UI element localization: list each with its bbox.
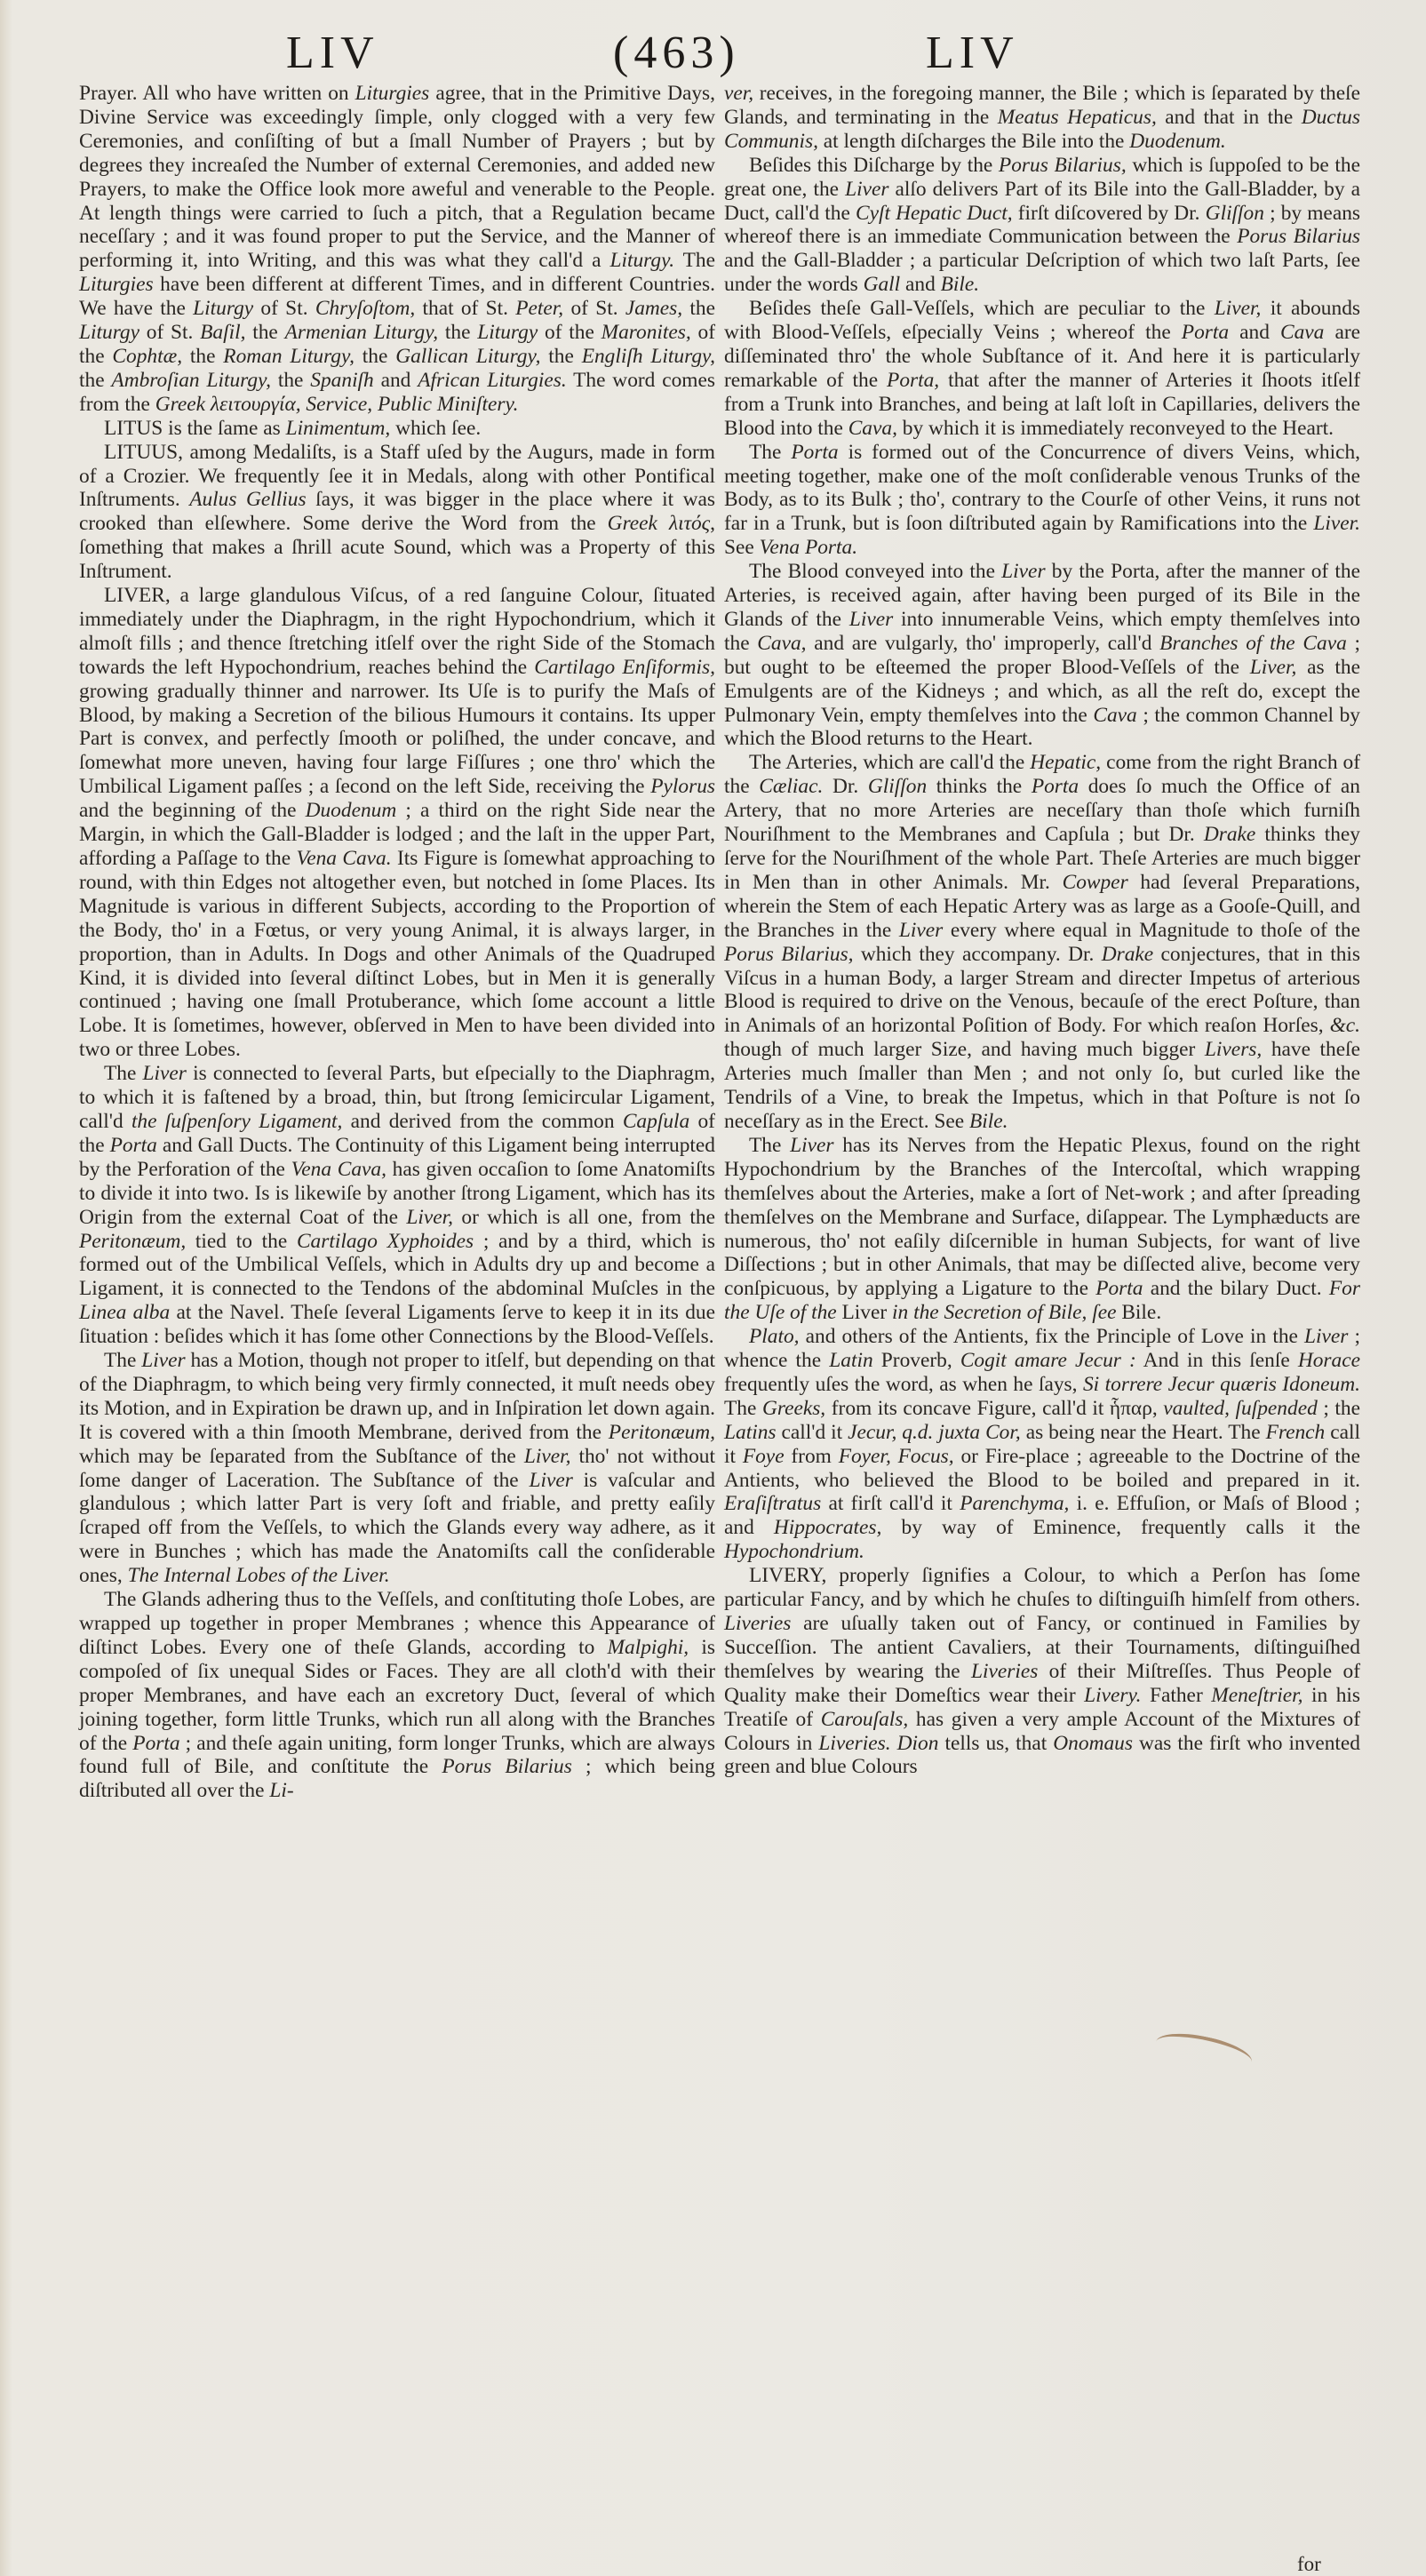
text-run: The Arteries, which are call'd the <box>749 751 1030 774</box>
italic-text: Li- <box>269 1779 293 1802</box>
text-run: Beſides this Diſcharge by the <box>749 154 999 177</box>
text-run: or which is all one, from the <box>453 1206 715 1229</box>
paragraph: Prayer. All who have written on Liturgie… <box>79 82 715 417</box>
italic-text: Ambroſian Liturgy, <box>111 369 271 392</box>
italic-text: Liver <box>899 919 943 942</box>
italic-text: Liver <box>849 608 893 631</box>
italic-text: Bile. <box>941 273 980 296</box>
italic-text: Linea alba <box>79 1301 170 1324</box>
running-header: LIV (463) LIV <box>0 27 1426 80</box>
italic-text: Liturgy <box>477 321 538 344</box>
italic-text: French <box>1266 1421 1326 1444</box>
text-run: growing gradually thinner and narrower. … <box>79 680 715 799</box>
italic-text: Liver <box>141 1349 185 1372</box>
italic-text: Si torrere Jecur quæris Idoneum. <box>1083 1373 1360 1396</box>
italic-text: Liver, <box>524 1445 571 1468</box>
italic-text: Gall <box>864 273 901 296</box>
italic-text: Porta <box>110 1134 157 1157</box>
italic-text: Liver <box>790 1134 833 1157</box>
italic-text: Drake <box>1204 823 1255 846</box>
italic-text: vaulted, ſuſpended <box>1163 1397 1318 1420</box>
text-run: every where equal in Magnitude to thoſe … <box>943 919 1360 942</box>
text-run: The <box>724 1397 762 1420</box>
italic-text: Livers, <box>1205 1038 1262 1061</box>
text-run: at length diſcharges the Bile into the <box>818 130 1129 153</box>
text-run: The <box>674 249 715 272</box>
text-run: Prayer. All who have written on <box>79 82 355 105</box>
paragraph: The Glands adhering thus to the Veſſels,… <box>79 1588 715 1803</box>
paragraph: The Porta is formed out of the Concurren… <box>724 441 1360 561</box>
text-run: by which it is immediately reconveyed to… <box>897 417 1334 440</box>
italic-text: Liturgies <box>79 273 154 296</box>
paragraph: Plato, and others of the Antients, fix t… <box>724 1325 1360 1564</box>
italic-text: Engliſh Liturgy, <box>582 345 715 368</box>
italic-text: Peritonæum, <box>609 1421 715 1444</box>
text-run: and <box>900 273 940 296</box>
italic-text: Duodenum. <box>1129 130 1226 153</box>
italic-text: Liver <box>1304 1325 1348 1348</box>
italic-text: Eraſiſtratus <box>724 1492 821 1515</box>
italic-text: Porta <box>791 441 838 464</box>
text-run: The <box>749 1134 790 1157</box>
text-run: and the beginning of the <box>79 799 306 822</box>
italic-text: Cartilago Enſiformis, <box>534 656 715 679</box>
italic-text: Liveries. <box>818 1732 890 1755</box>
text-run: the <box>540 345 581 368</box>
italic-text: Duodenum <box>306 799 397 822</box>
paragraph: The Blood conveyed into the Liver by the… <box>724 560 1360 751</box>
text-run: of St. <box>253 297 315 320</box>
italic-text: Onomaus <box>1053 1732 1133 1755</box>
text-run: tells us, that <box>938 1732 1053 1755</box>
italic-text: Liturgy <box>193 297 253 320</box>
italic-text: Liver <box>529 1469 572 1492</box>
italic-text: Cava, <box>848 417 897 440</box>
italic-text: Meatus Hepaticus, <box>998 106 1157 129</box>
italic-text: Peter, <box>515 297 563 320</box>
text-run: LIVERY, properly ſignifies a Colour, to … <box>724 1564 1360 1611</box>
italic-text: Porta <box>1182 321 1229 344</box>
text-run: and <box>374 369 418 392</box>
left-column: Prayer. All who have written on Liturgie… <box>79 82 715 1803</box>
italic-text: Porus Bilarius <box>442 1755 571 1778</box>
header-left-word: LIV <box>286 27 379 80</box>
italic-text: Latins <box>724 1421 777 1444</box>
text-run: at the Navel. Theſe ſeveral Ligaments ſe… <box>79 1301 715 1348</box>
text-run: and the bilary Duct. <box>1143 1277 1328 1300</box>
text-run: and the Gall-Bladder ; a particular Deſc… <box>724 249 1360 296</box>
text-run: tied to the <box>186 1230 297 1253</box>
italic-text: Gallican Liturgy, <box>395 345 540 368</box>
italic-text: Liveries <box>971 1660 1038 1683</box>
italic-text: Liturgy <box>79 321 139 344</box>
text-run: and others of the Antients, fix the Prin… <box>800 1325 1304 1348</box>
text-run: that of St. <box>415 297 515 320</box>
italic-text: Liver, <box>1215 297 1262 320</box>
text-run: agree, that in the Primitive Days, Divin… <box>79 82 715 272</box>
italic-text: Porus Bilarius <box>1237 225 1360 248</box>
text-run: And in this ſenſe <box>1136 1349 1298 1372</box>
italic-text: James, <box>625 297 682 320</box>
text-run: though of much larger Size, and having m… <box>724 1038 1205 1061</box>
text-run: from <box>785 1445 839 1468</box>
text-run: Liver <box>837 1301 892 1324</box>
text-run: has its Nerves from the Hepatic Plexus, … <box>724 1134 1360 1300</box>
text-run: the <box>438 321 477 344</box>
header-right-word: LIV <box>926 27 1019 80</box>
italic-text: Pylorus <box>650 775 715 798</box>
italic-text: Jecur, q.d. juxta Cor, <box>848 1421 1021 1444</box>
italic-text: Cogit amare Jecur : <box>960 1349 1136 1372</box>
italic-text: Meneſtrier, <box>1211 1684 1303 1707</box>
text-run: Proverb, <box>873 1349 960 1372</box>
italic-text: Horace <box>1298 1349 1360 1372</box>
paragraph: The Arteries, which are call'd the Hepat… <box>724 751 1360 1134</box>
ink-stain <box>1153 2027 1255 2077</box>
italic-text: Carouſals, <box>821 1708 909 1731</box>
italic-text: Cæliac. <box>759 775 823 798</box>
italic-text: Armenian Liturgy, <box>285 321 439 344</box>
text-run: call'd it <box>777 1421 848 1444</box>
italic-text: Chryſoſtom, <box>315 297 415 320</box>
italic-text: the ſuſpenſory Ligament, <box>131 1110 342 1133</box>
italic-text: Parenchyma, <box>960 1492 1069 1515</box>
italic-text: Liver <box>845 178 888 201</box>
text-run: the <box>271 369 310 392</box>
book-page: LIV (463) LIV Prayer. All who have writt… <box>0 0 1426 2576</box>
italic-text: Cowper <box>1063 871 1128 894</box>
text-run: The <box>104 1062 143 1085</box>
italic-text: Capſula <box>623 1110 689 1133</box>
paragraph: ver, receives, in the foregoing manner, … <box>724 82 1360 154</box>
text-run: Beſides theſe Gall-Veſſels, which are pe… <box>749 297 1215 320</box>
italic-text: ver, <box>724 82 753 105</box>
paragraph: LITUUS, among Medaliſts, is a Staff uſed… <box>79 441 715 584</box>
italic-text: Vena Porta. <box>760 536 857 559</box>
right-column: ver, receives, in the foregoing manner, … <box>724 82 1360 1779</box>
italic-text: in the Secretion of Bile, ſee <box>892 1301 1116 1324</box>
italic-text: Vena Cava, <box>291 1158 386 1181</box>
text-run: which may be ſeparated from the Subſtanc… <box>79 1445 524 1468</box>
italic-text: Porta <box>132 1732 179 1755</box>
italic-text: Cava, <box>757 632 806 655</box>
italic-text: Gliſſon <box>1206 202 1264 225</box>
text-run: the <box>79 369 111 392</box>
italic-text: Hypochondrium. <box>724 1540 864 1563</box>
paragraph: LITUS is the ſame as Linimentum, which ſ… <box>79 417 715 441</box>
italic-text: Hippocrates, <box>774 1516 882 1539</box>
italic-text: Linimentum, <box>286 417 391 440</box>
paragraph: Beſides theſe Gall-Veſſels, which are pe… <box>724 297 1360 440</box>
text-run: ; the <box>1318 1397 1360 1420</box>
text-run: thinks the <box>927 775 1032 798</box>
text-run: and <box>1229 321 1280 344</box>
text-run: of the <box>538 321 601 344</box>
italic-text: Porta <box>1095 1277 1143 1300</box>
italic-text: Porta <box>1032 775 1079 798</box>
text-run: of St. <box>139 321 200 344</box>
italic-text: Liveries <box>724 1612 791 1635</box>
italic-text: &c. <box>1330 1014 1360 1037</box>
italic-text: Peritonæum, <box>79 1230 186 1253</box>
italic-text: Foyer, Focus, <box>839 1445 954 1468</box>
italic-text: Porta, <box>887 369 939 392</box>
text-run: The Blood conveyed into the <box>749 560 1001 583</box>
paragraph: The Liver is connected to ſeveral Parts,… <box>79 1062 715 1349</box>
paragraph: The Liver has a Motion, though not prope… <box>79 1349 715 1588</box>
italic-text: Liver <box>1001 560 1045 583</box>
text-run: Father <box>1141 1684 1211 1707</box>
italic-text: Livery. <box>1084 1684 1141 1707</box>
italic-text: Branches of the Cava <box>1159 632 1347 655</box>
text-run: The <box>104 1349 141 1372</box>
text-run: LITUS is the ſame as <box>104 417 286 440</box>
page-number: (463) <box>613 27 740 80</box>
paragraph: The Liver has its Nerves from the Hepati… <box>724 1134 1360 1325</box>
italic-text: Greek λειτουργία, Service, Public Miniſt… <box>155 393 519 416</box>
italic-text: Malpighi, <box>608 1636 689 1659</box>
italic-text: Greeks, <box>762 1397 825 1420</box>
catchword: for <box>1297 2553 1321 2576</box>
text-run: frequently uſes the word, as when he ſay… <box>724 1373 1083 1396</box>
italic-text: Drake <box>1102 943 1153 966</box>
italic-text: Cava <box>1280 321 1324 344</box>
paragraph: LIVER, a large glandulous Viſcus, of a r… <box>79 584 715 1062</box>
text-run: the <box>182 345 223 368</box>
text-run: at firſt call'd it <box>821 1492 960 1515</box>
italic-text: Maronites, <box>601 321 691 344</box>
italic-text: Liturgies <box>355 82 430 105</box>
italic-text: Cartilago Xyphoides <box>297 1230 474 1253</box>
italic-text: African Liturgies. <box>418 369 566 392</box>
text-run: Dr. <box>823 775 868 798</box>
italic-text: Liturgy. <box>609 249 674 272</box>
text-run: from its concave Figure, call'd it ἧπαρ, <box>825 1397 1163 1420</box>
italic-text: Gliſſon <box>868 775 927 798</box>
italic-text: Greek λιτός <box>608 512 710 535</box>
text-run: by way of Eminence, frequently calls it … <box>881 1516 1360 1539</box>
italic-text: Latin <box>829 1349 872 1372</box>
italic-text: Liver, <box>1250 656 1297 679</box>
text-run: which ſee. <box>390 417 481 440</box>
italic-text: Dion <box>897 1732 939 1755</box>
text-run: and are vulgarly, tho' improperly, call'… <box>807 632 1160 655</box>
text-run: as being near the Heart. The <box>1021 1421 1266 1444</box>
italic-text: Porus Bilarius, <box>999 154 1127 177</box>
text-run: the <box>682 297 715 320</box>
italic-text: Cyſt Hepatic Duct, <box>856 202 1013 225</box>
text-run: Its Figure is ſomewhat approaching to ro… <box>79 847 715 1061</box>
text-run <box>891 1732 897 1755</box>
text-run: the <box>355 345 395 368</box>
italic-text: Liver <box>143 1062 187 1085</box>
italic-text: Porus Bilarius, <box>724 943 853 966</box>
italic-text: Hepatic, <box>1030 751 1101 774</box>
text-run: which they accompany. Dr. <box>853 943 1101 966</box>
italic-text: Cophtæ, <box>112 345 182 368</box>
italic-text: Liver, <box>406 1206 453 1229</box>
text-run: of St. <box>563 297 625 320</box>
paragraph: Beſides this Diſcharge by the Porus Bila… <box>724 154 1360 297</box>
text-run: and derived from the common <box>342 1110 622 1133</box>
italic-text: Baſil, <box>200 321 245 344</box>
text-run: and that in the <box>1157 106 1302 129</box>
italic-text: Foye <box>743 1445 785 1468</box>
italic-text: Bile. <box>969 1110 1008 1133</box>
text-run: Bile. <box>1116 1301 1161 1324</box>
text-run: firſt diſcovered by Dr. <box>1013 202 1206 225</box>
italic-text: Roman Liturgy, <box>223 345 355 368</box>
italic-text: Vena Cava. <box>297 847 392 870</box>
italic-text: Cava <box>1093 704 1136 727</box>
italic-text: Plato, <box>749 1325 800 1348</box>
text-run: The <box>749 441 791 464</box>
italic-text: The Internal Lobes of the Liver. <box>128 1564 390 1587</box>
paragraph: LIVERY, properly ſignifies a Colour, to … <box>724 1564 1360 1779</box>
italic-text: Spaniſh <box>310 369 373 392</box>
text-run: the <box>245 321 284 344</box>
text-run: See <box>724 536 760 559</box>
italic-text: Aulus Gellius <box>189 488 306 511</box>
italic-text: Liver. <box>1313 512 1360 535</box>
